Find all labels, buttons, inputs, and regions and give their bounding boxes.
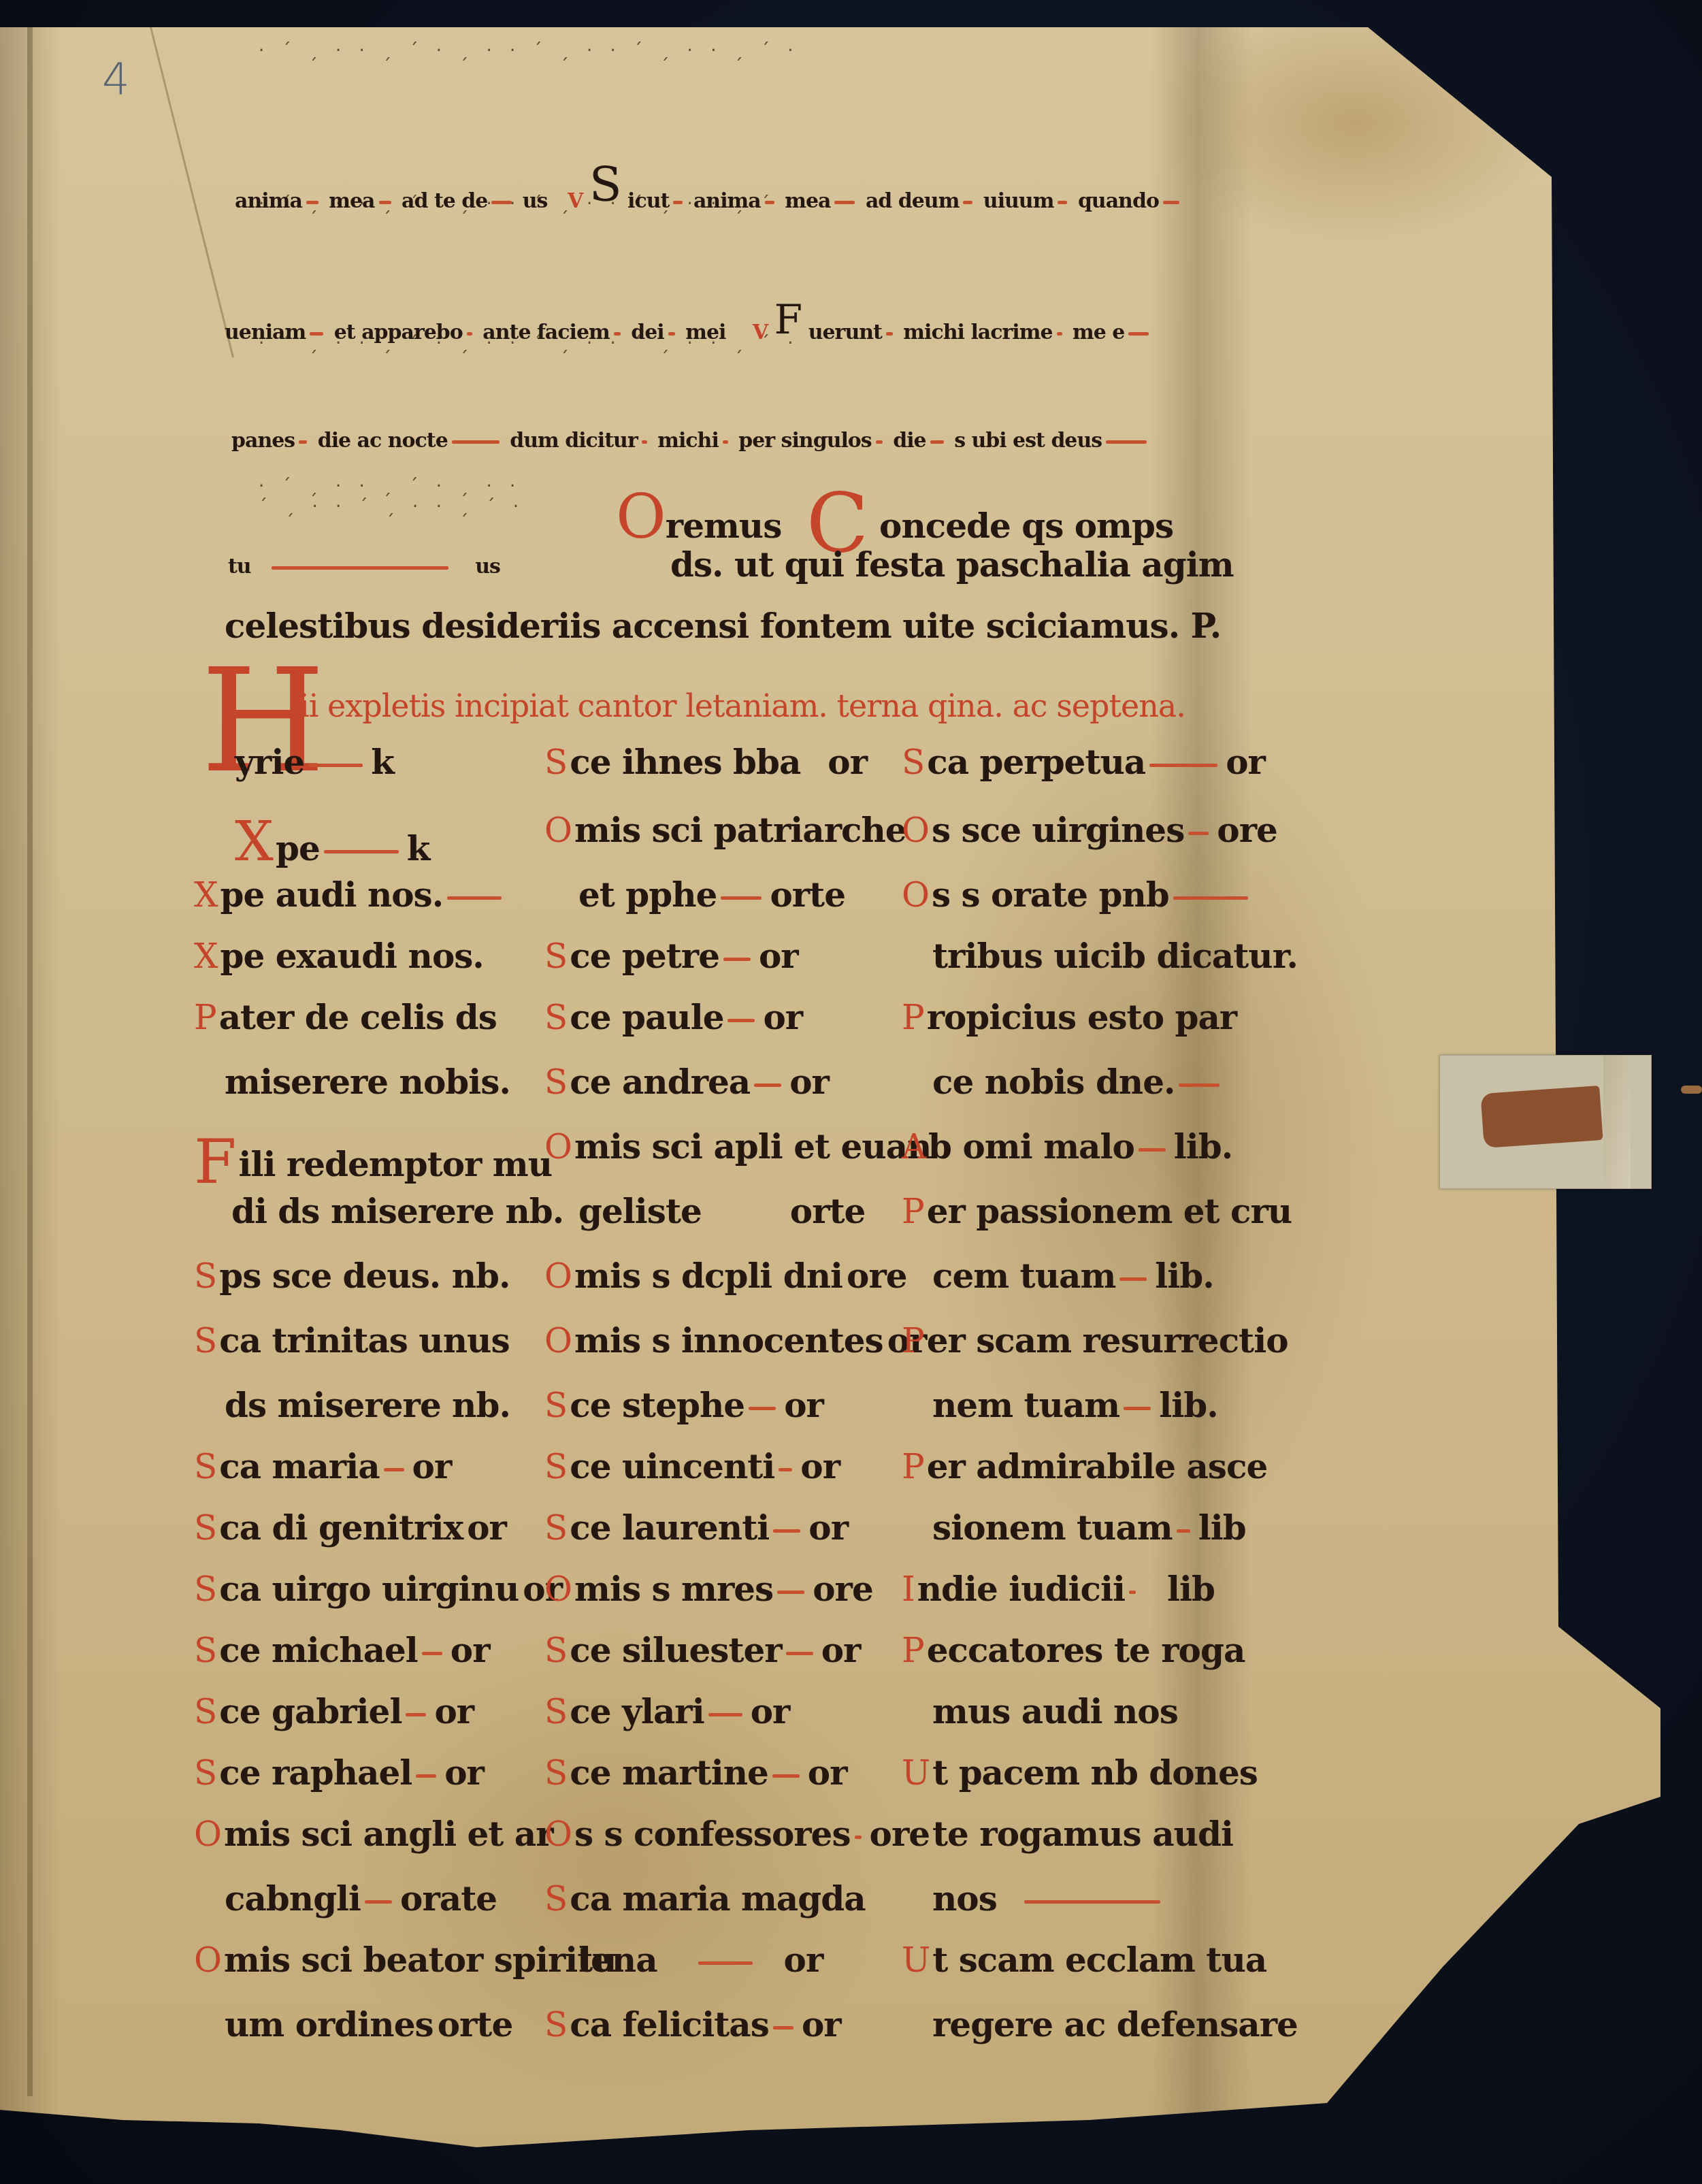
row-initial: S — [544, 1753, 567, 1793]
litany-row: cem tuamlib. — [932, 1256, 1214, 1296]
litany-row: et ppheorte — [578, 875, 845, 915]
row-initial: P — [902, 1631, 924, 1670]
litany-row: Xpek — [235, 810, 429, 873]
row-initial: P — [902, 1192, 924, 1231]
row-initial: S — [544, 1631, 567, 1670]
row-text: ce raphael — [219, 1753, 412, 1793]
row-response: or — [1226, 742, 1265, 782]
litany-row: Xpe exaudi nos. — [194, 936, 484, 976]
litany-row: Os sce uirginesore — [902, 810, 1277, 850]
litany-row: Propicius esto par — [902, 997, 1237, 1037]
row-initial: S — [544, 936, 567, 976]
row-response: or — [763, 997, 802, 1037]
litany-row: Omis s mresore — [544, 1569, 873, 1609]
chant-line-1: anima mea ad te de us V S icut anima mea… — [235, 157, 1183, 213]
row-text: ds miserere nb. — [225, 1385, 510, 1425]
row-text: cabngli — [225, 1878, 361, 1919]
chant-word: ante faciem — [482, 321, 609, 344]
row-response: lib. — [1159, 1385, 1217, 1425]
row-response: or — [800, 1446, 840, 1486]
row-initial: X — [194, 936, 218, 976]
row-initial: S — [194, 1753, 216, 1793]
litany-row: Omis sci patriarche — [544, 810, 906, 850]
oremus-initial: O — [616, 481, 666, 553]
neume-row: · ´ ˏ · · ˏ ´ · ˏ · · ´ ˏ · · ´ ˏ · · ˏ … — [259, 333, 1279, 429]
litany-row: Pater de celis ds — [194, 997, 497, 1037]
litany-row: Sca mariaor — [194, 1446, 451, 1486]
row-initial: S — [194, 1256, 216, 1296]
chant-word: s ubi est — [954, 429, 1045, 453]
row-text: et pphe — [578, 875, 717, 915]
row-text: nem tuam — [932, 1385, 1119, 1425]
chant-initial: S — [589, 157, 621, 212]
row-text: ce nobis dne. — [932, 1062, 1175, 1102]
row-text: ce petre — [570, 936, 719, 976]
oremus-rest: remus — [666, 506, 782, 546]
row-initial: S — [194, 1508, 216, 1548]
row-initial: X — [235, 810, 273, 873]
row-text: regere ac defensare — [932, 2004, 1298, 2044]
row-response: or — [444, 1753, 484, 1793]
row-initial: S — [194, 1447, 216, 1486]
row-text: b omi malo — [928, 1126, 1134, 1167]
row-response: ore — [813, 1569, 873, 1609]
chant-word: ac nocte — [357, 429, 448, 453]
row-text: ce ylari — [570, 1691, 704, 1731]
row-text: eccatores te roga — [927, 1630, 1245, 1670]
row-initial: S — [544, 998, 567, 1037]
row-text: ce ihnes bba — [570, 742, 800, 782]
chant-word: us — [475, 555, 500, 578]
row-text: mis s innocentes — [574, 1320, 883, 1360]
collect-line-3: celestibus desideriis accensi fontem uit… — [225, 606, 1221, 646]
row-initial: P — [194, 998, 216, 1037]
row-text: t scam ecclam tua — [932, 1940, 1266, 1980]
row-text: ce uincenti — [570, 1446, 774, 1486]
litany-row: Peccatores te roga — [902, 1630, 1245, 1670]
litany-row: Sca maria magda — [544, 1878, 866, 1919]
litany-row: nos — [932, 1878, 1164, 1919]
row-text: ropicius esto par — [927, 997, 1237, 1037]
row-text: pe exaudi nos. — [220, 936, 484, 976]
chant-line-3: panes die ac nocte dum dicitur michi per… — [231, 429, 1151, 453]
litany-row: Sce laurentior — [544, 1507, 848, 1548]
row-initial: P — [902, 1321, 924, 1360]
row-initial: S — [544, 1062, 567, 1102]
row-response: lib. — [1155, 1256, 1213, 1296]
litany-row: Os s confessoresore — [544, 1814, 930, 1854]
litany-row: Omis s innocentesor — [544, 1320, 926, 1360]
row-initial: A — [902, 1127, 926, 1167]
chant-word: tu — [228, 555, 251, 578]
litany-row: regere ac defensare — [932, 2004, 1298, 2044]
row-initial: U — [902, 1753, 930, 1793]
row-initial: O — [544, 811, 572, 850]
row-text: s s orate pnb — [932, 875, 1169, 915]
chant-word: panes — [231, 429, 295, 453]
row-initial: O — [194, 1940, 221, 1980]
verse-marker: V — [753, 321, 768, 344]
chant-word: michi — [903, 321, 964, 344]
row-text: ca trinitas unus — [219, 1320, 509, 1360]
row-initial: O — [544, 1814, 572, 1854]
row-response: or — [821, 1630, 861, 1670]
row-text: ce siluester — [570, 1630, 781, 1670]
litany-row: Os s orate pnb — [902, 875, 1252, 915]
litany-row: Sce pauleor — [544, 997, 802, 1037]
row-text: ca maria magda — [570, 1878, 865, 1919]
row-initial: S — [544, 1386, 567, 1425]
row-response: orte — [790, 1191, 866, 1231]
litany-row: ce nobis dne. — [932, 1062, 1224, 1102]
litany-row: Sca uirgo uirginuor — [194, 1569, 562, 1609]
row-text: ili redemptor mu — [238, 1144, 552, 1184]
litany-row: Sca perpetuaor — [902, 742, 1265, 782]
row-initial: O — [544, 1256, 572, 1296]
row-text: s s confessores — [574, 1814, 851, 1854]
row-text: te rogamus audi — [932, 1814, 1233, 1854]
row-initial: X — [194, 875, 218, 915]
litany-row: cabngliorate — [225, 1878, 497, 1919]
row-text: nos — [932, 1878, 997, 1919]
chant-line-2: ueniam et apparebo ante faciem dei mei V… — [225, 296, 1153, 344]
litany-row: nem tuamlib. — [932, 1385, 1218, 1425]
row-text: ca maria — [219, 1446, 379, 1486]
litany-row: Sce michaelor — [194, 1630, 490, 1670]
row-response: orte — [770, 875, 845, 915]
row-initial: S — [194, 1321, 216, 1360]
row-initial: S — [544, 1879, 567, 1919]
row-initial: S — [544, 2005, 567, 2044]
litany-row: Xpe audi nos. — [194, 875, 506, 915]
row-initial: O — [902, 875, 929, 915]
row-response: or — [784, 1940, 823, 1980]
row-initial: O — [544, 1569, 572, 1609]
chant-word: dei — [631, 321, 664, 344]
litany-row: Sce uincentior — [544, 1446, 840, 1486]
row-response: ore — [847, 1256, 907, 1296]
litany-row: Sce raphaelor — [194, 1753, 484, 1793]
chant-word: e — [1112, 321, 1124, 344]
row-response: ore — [870, 1814, 930, 1854]
row-text: ce laurenti — [570, 1507, 769, 1548]
litany-row: ds miserere nb. — [225, 1385, 510, 1425]
row-response: orate — [400, 1878, 497, 1919]
litany-row: Sca felicitasor — [544, 2004, 841, 2044]
row-text: ce michael — [219, 1630, 418, 1670]
chant-initial: F — [774, 296, 802, 344]
chant-word: anima — [235, 189, 302, 213]
row-text: mis sci apli et euan — [574, 1126, 931, 1167]
row-text: mus audi nos — [932, 1691, 1178, 1731]
litany-row: Omis sci beator spiritu — [194, 1940, 617, 1980]
row-initial: O — [194, 1814, 221, 1854]
rubric-text: ii expletis incipiat cantor letaniam. te… — [299, 687, 1185, 724]
row-response: or — [808, 1753, 847, 1793]
row-response: ore — [1217, 810, 1277, 850]
litany-row: Indie iudiciilib — [902, 1569, 1215, 1609]
row-text: pe — [276, 828, 320, 868]
chant-line-4: tu us — [228, 555, 500, 578]
litany-row: Ut pacem nb dones — [902, 1753, 1258, 1793]
litany-row: Sca di genitrixor — [194, 1507, 506, 1548]
row-initial: I — [902, 1569, 915, 1609]
manuscript-text: · ´ ˏ · · ˏ ´ · ˏ · · ´ ˏ · · ´ ˏ · · ˏ … — [0, 0, 1702, 2184]
litany-row: sionem tuamlib — [932, 1507, 1246, 1548]
litany-row: Sce petreor — [544, 936, 798, 976]
row-text: ce andrea — [570, 1062, 750, 1102]
row-initial: P — [902, 998, 924, 1037]
row-initial: O — [902, 811, 929, 850]
row-text: um ordines — [225, 2004, 433, 2044]
row-response: or — [467, 1507, 506, 1548]
row-text: er admirabile asce — [927, 1446, 1268, 1486]
row-response: or — [412, 1446, 452, 1486]
row-response: k — [371, 742, 394, 782]
row-text: mis sci patriarche — [574, 810, 906, 850]
litany-row: gelisteorte — [578, 1191, 865, 1231]
row-response: or — [828, 742, 867, 782]
litany-row: Per admirabile asce — [902, 1446, 1267, 1486]
chant-word: die — [318, 429, 350, 453]
litany-row: mus audi nos — [932, 1691, 1178, 1731]
row-text: cem tuam — [932, 1256, 1115, 1296]
chant-word: ueniam — [225, 321, 306, 344]
neume-row: · ´ ˏ · · ˏ ´ · ˏ · · ´ ˏ · · ´ ˏ · · ˏ … — [259, 41, 1279, 136]
row-response: or — [434, 1691, 474, 1731]
row-text: di ds miserere nb. — [231, 1191, 563, 1231]
chant-word: per singulos — [738, 429, 872, 453]
row-text: ce martine — [570, 1753, 768, 1793]
row-response: or — [451, 1630, 490, 1670]
chant-word: icut — [627, 189, 669, 213]
row-text: mis sci angli et ar — [224, 1814, 553, 1854]
row-response: or — [751, 1691, 790, 1731]
row-text: er passionem et cru — [927, 1191, 1292, 1231]
collect-line: oncede qs omps — [879, 506, 1173, 546]
row-response: lib. — [1174, 1126, 1232, 1167]
litany-row: Sce ihnes bbaor — [544, 742, 867, 782]
row-text: lena — [578, 1940, 657, 1980]
row-text: ce stephe — [570, 1385, 744, 1425]
chant-word: et apparebo — [334, 321, 463, 344]
litany-row: miserere nobis. — [225, 1062, 510, 1102]
litany-row: Fili redemptor mu — [194, 1126, 552, 1198]
chant-word: us — [523, 189, 548, 213]
litany-row: Sce martineor — [544, 1753, 847, 1793]
litany-row: Omis sci apli et euan — [544, 1126, 931, 1167]
chant-word: dum dicitur — [510, 429, 638, 453]
row-initial: O — [544, 1127, 572, 1167]
row-response: lib — [1198, 1507, 1246, 1548]
row-text: ca perpetua — [927, 742, 1145, 782]
row-text: ca felicitas — [570, 2004, 769, 2044]
row-text: mis sci beator spiritu — [224, 1940, 617, 1980]
row-text: ater de celis ds — [219, 997, 497, 1037]
row-text: miserere nobis. — [225, 1062, 510, 1102]
row-text: mis s mres — [574, 1569, 773, 1609]
litany-row: Sce gabrielor — [194, 1691, 474, 1731]
row-response: k — [407, 828, 430, 868]
row-initial: O — [544, 1321, 572, 1360]
row-text: ce paule — [570, 997, 723, 1037]
row-text: ca di genitrix — [219, 1507, 463, 1548]
litany-row: Omis sci angli et ar — [194, 1814, 553, 1854]
row-response: lib — [1167, 1569, 1215, 1609]
chant-word: mea — [785, 189, 830, 213]
chant-word: deus — [1051, 429, 1102, 453]
row-text: tribus uicib dicatur. — [932, 936, 1298, 976]
litany-row: Sce andreaor — [544, 1062, 829, 1102]
row-initial: S — [194, 1631, 216, 1670]
row-text: er scam resurrectio — [927, 1320, 1288, 1360]
litany-row: Sce stepheor — [544, 1385, 823, 1425]
row-text: s sce uirgines — [932, 810, 1184, 850]
chant-word: ad te de — [402, 189, 487, 213]
row-text: mis s dcpli dni — [574, 1256, 842, 1296]
litany-row: te rogamus audi — [932, 1814, 1233, 1854]
row-text: ce gabriel — [219, 1691, 402, 1731]
verse-marker: V — [568, 189, 583, 213]
chant-word: uiuum — [983, 189, 1054, 213]
litany-row: lenaor — [578, 1940, 823, 1980]
row-text: pe audi nos. — [220, 875, 444, 915]
litany-row: Per passionem et cru — [902, 1191, 1292, 1231]
chant-word: me — [1073, 321, 1106, 344]
litany-row: Sce siluesteror — [544, 1630, 860, 1670]
row-response: or — [759, 936, 798, 976]
chant-word: anima — [693, 189, 761, 213]
row-text: sionem tuam — [932, 1507, 1173, 1548]
litany-row: Per scam resurrectio — [902, 1320, 1288, 1360]
row-text: t pacem nb dones — [932, 1753, 1258, 1793]
row-initial: U — [902, 1940, 930, 1980]
litany-row: Sce ylarior — [544, 1691, 789, 1731]
row-text: ndie iudicii — [917, 1569, 1125, 1609]
collect-line-2: ds. ut qui festa paschalia agim — [670, 544, 1234, 585]
row-response: or — [784, 1385, 823, 1425]
chant-word: lacrime — [970, 321, 1052, 344]
litany-row: Sca trinitas unus — [194, 1320, 510, 1360]
litany-row: Sps sce deus. nb. — [194, 1256, 510, 1296]
chant-word: michi — [657, 429, 719, 453]
chant-word: uerunt — [808, 321, 882, 344]
chant-word: quando — [1078, 189, 1159, 213]
row-response: or — [808, 1507, 848, 1548]
row-text: ps sce deus. nb. — [219, 1256, 510, 1296]
row-initial: S — [544, 1447, 567, 1486]
row-text: yrie — [235, 742, 304, 782]
row-text: geliste — [578, 1191, 702, 1231]
litany-row: Ut scam ecclam tua — [902, 1940, 1266, 1980]
row-initial: S — [902, 743, 924, 782]
litany-row: Ab omi malolib. — [902, 1126, 1232, 1167]
row-response: or — [802, 2004, 841, 2044]
row-initial: S — [544, 743, 567, 782]
row-initial: F — [194, 1126, 235, 1198]
chant-word: mea — [329, 189, 374, 213]
litany-row: Omis s dcpli dniore — [544, 1256, 907, 1296]
row-initial: S — [194, 1569, 216, 1609]
chant-word: die — [893, 429, 926, 453]
row-initial: S — [194, 1692, 216, 1731]
litany-row: Kyriek — [235, 742, 394, 782]
row-initial: S — [544, 1508, 567, 1548]
chant-word: ad deum — [866, 189, 959, 213]
row-response: orte — [438, 2004, 513, 2044]
litany-row: tribus uicib dicatur. — [932, 936, 1298, 976]
chant-word: mei — [685, 321, 725, 344]
row-response: or — [789, 1062, 829, 1102]
row-text: ca uirgo uirginu — [219, 1569, 519, 1609]
litany-row: di ds miserere nb. — [231, 1191, 563, 1231]
row-initial: S — [544, 1692, 567, 1731]
litany-row: um ordinesorte — [225, 2004, 512, 2044]
row-initial: P — [902, 1447, 924, 1486]
